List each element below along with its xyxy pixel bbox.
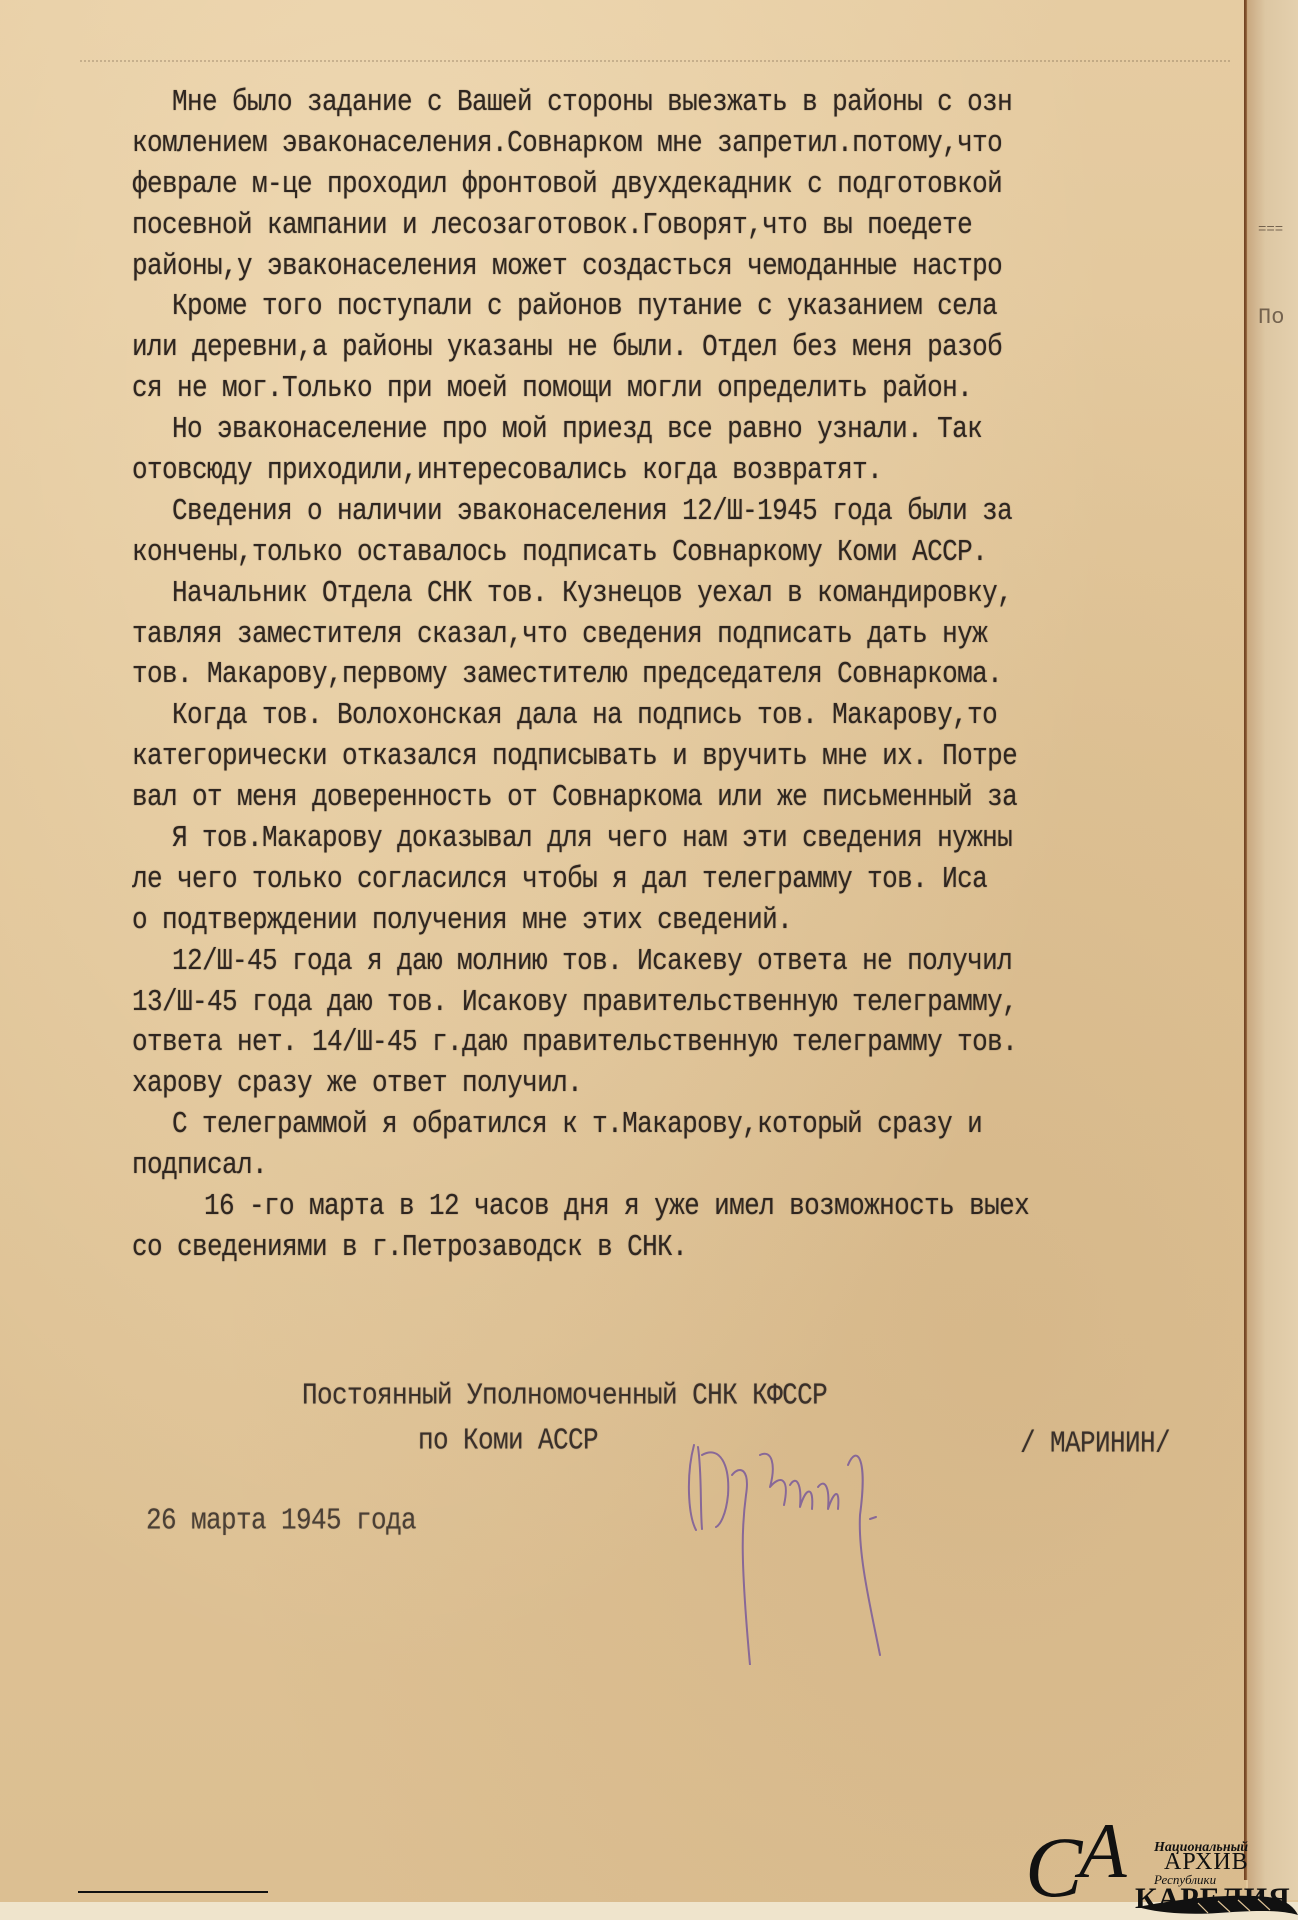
logo-underline <box>78 1891 268 1893</box>
document-date: 26 марта 1945 года <box>146 1502 416 1537</box>
signatory-name: / МАРИНИН/ <box>1020 1425 1170 1460</box>
adjacent-sheet-mark: === <box>1258 222 1283 238</box>
signatory-subtitle: по Коми АССР <box>418 1422 598 1457</box>
faint-bleedthrough-line <box>80 60 1230 68</box>
letter-body: Мне было задание с Вашей стороны выезжат… <box>132 82 1244 1268</box>
adjacent-sheet: === По <box>1248 0 1298 1900</box>
letter-line: со сведениями в г.Петрозаводск в СНК. <box>132 1223 1244 1268</box>
handwritten-signature <box>680 1435 1010 1665</box>
logo-monogram-c: C <box>1025 1824 1082 1910</box>
logo-monogram-a: A <box>1079 1812 1127 1890</box>
logo-archive: АРХИВ <box>1164 1850 1249 1874</box>
adjacent-sheet-fragment: По <box>1258 305 1284 330</box>
quill-pen-icon <box>1138 1893 1298 1920</box>
signatory-title: Постоянный Уполномоченный СНК КФССР <box>302 1377 827 1412</box>
